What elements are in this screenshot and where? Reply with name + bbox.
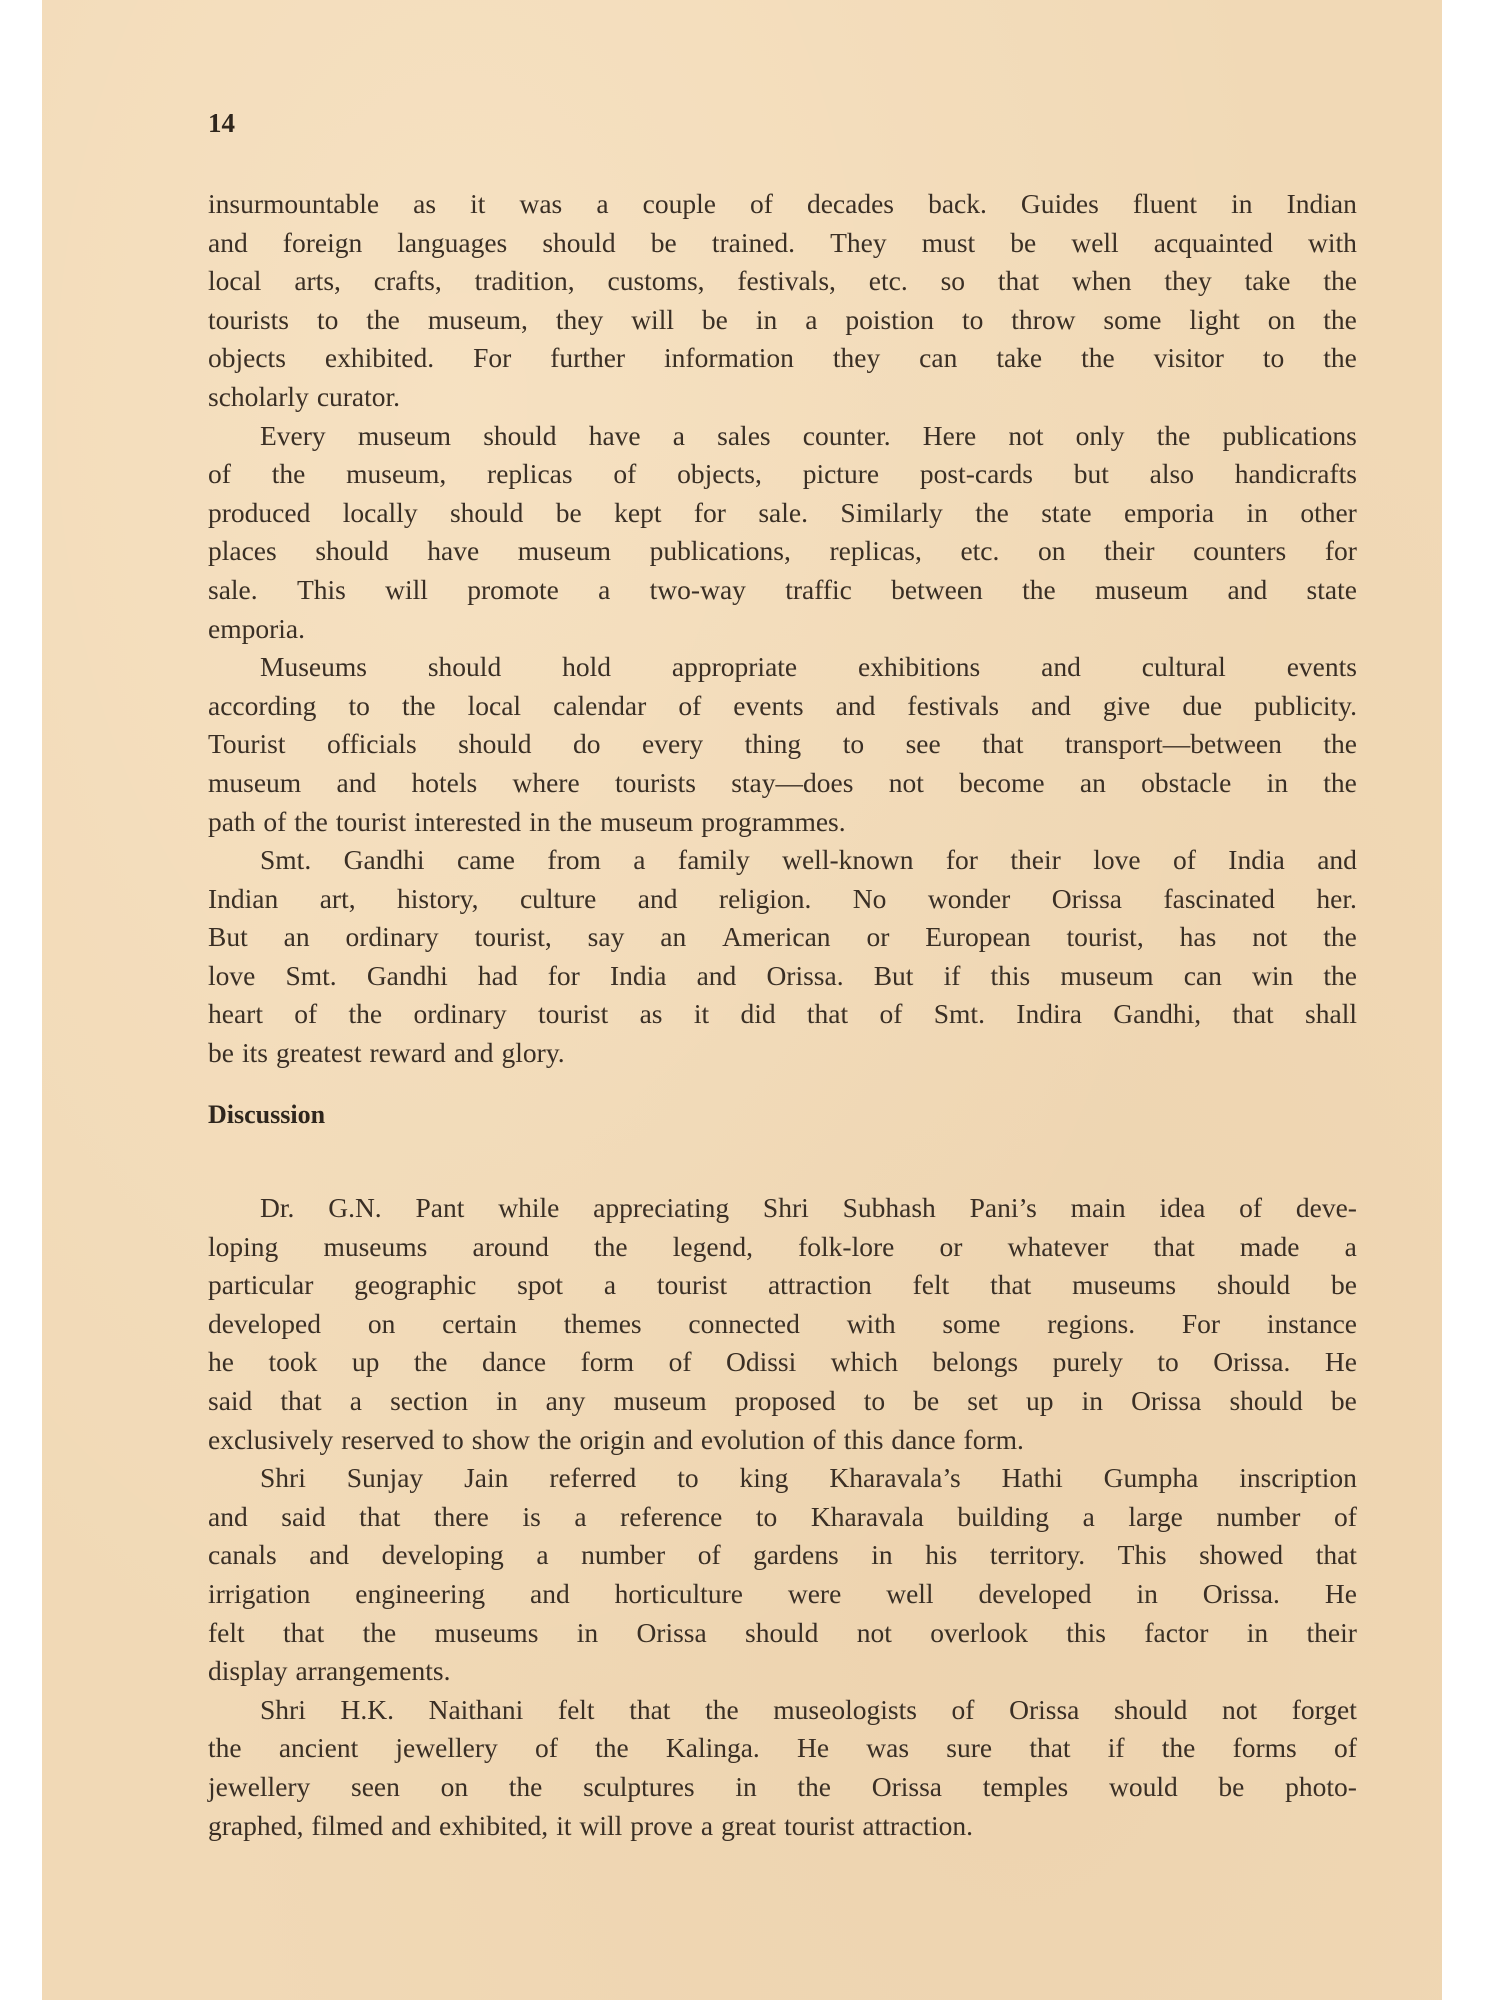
text-line: lopingmuseumsaroundthelegend,folk-loreor… xyxy=(208,1228,1357,1267)
text-line: feltthatthemuseumsinOrissashouldnotoverl… xyxy=(208,1614,1357,1653)
paragraph: Smt.Gandhicamefromafamilywell-knownforth… xyxy=(208,841,1357,1073)
paragraph: insurmountableasitwasacoupleofdecadesbac… xyxy=(208,185,1357,417)
text-line: insurmountableasitwasacoupleofdecadesbac… xyxy=(208,185,1357,224)
text-line: Museumsshouldholdappropriateexhibitionsa… xyxy=(208,648,1357,687)
text-line: displayarrangements. xyxy=(208,1652,1357,1691)
text-line: exclusivelyreservedtoshowtheoriginandevo… xyxy=(208,1421,1357,1460)
text-line: theancientjewelleryoftheKalinga.Hewassur… xyxy=(208,1729,1357,1768)
text-line: scholarlycurator. xyxy=(208,378,1357,417)
text-line: Everymuseumshouldhaveasalescounter.Heren… xyxy=(208,417,1357,456)
text-line: Butanordinarytourist,sayanAmericanorEuro… xyxy=(208,918,1357,957)
paragraph: Museumsshouldholdappropriateexhibitionsa… xyxy=(208,648,1357,841)
text-line: Touristofficialsshoulddoeverythingtoseet… xyxy=(208,725,1357,764)
text-line: pathofthetouristinterestedinthemuseumpro… xyxy=(208,803,1357,842)
paragraph: Dr.G.N.PantwhileappreciatingShriSubhashP… xyxy=(208,1189,1357,1459)
text-line: loveSmt.GandhihadforIndiaandOrissa.Butif… xyxy=(208,957,1357,996)
paragraph: ShriSunjayJainreferredtokingKharavala’sH… xyxy=(208,1459,1357,1691)
paragraph: Everymuseumshouldhaveasalescounter.Heren… xyxy=(208,417,1357,649)
text-line: andforeignlanguagesshouldbetrained.Theym… xyxy=(208,224,1357,263)
text-line: accordingtothelocalcalendarofeventsandfe… xyxy=(208,687,1357,726)
text-line: Dr.G.N.PantwhileappreciatingShriSubhashP… xyxy=(208,1189,1357,1228)
text-line: Smt.Gandhicamefromafamilywell-knownforth… xyxy=(208,841,1357,880)
text-line: Indianart,history,cultureandreligion.Now… xyxy=(208,880,1357,919)
text-line: localarts,crafts,tradition,customs,festi… xyxy=(208,262,1357,301)
text-line: touriststothemuseum,theywillbeinapoistio… xyxy=(208,301,1357,340)
text-line: museumandhotelswheretouristsstay—doesnot… xyxy=(208,764,1357,803)
text-line: ShriH.K.Naithanifeltthatthemuseologistso… xyxy=(208,1691,1357,1730)
text-line: emporia. xyxy=(208,610,1357,649)
text-line: ShriSunjayJainreferredtokingKharavala’sH… xyxy=(208,1459,1357,1498)
text-line: heartoftheordinarytouristasitdidthatofSm… xyxy=(208,995,1357,1034)
text-line: graphed,filmedandexhibited,itwillproveag… xyxy=(208,1807,1357,1846)
text-line: ofthemuseum,replicasofobjects,picturepos… xyxy=(208,455,1357,494)
text-line: particulargeographicspotatouristattracti… xyxy=(208,1266,1357,1305)
text-line: sale.Thiswillpromoteatwo-waytrafficbetwe… xyxy=(208,571,1357,610)
text-line: placesshouldhavemuseumpublications,repli… xyxy=(208,532,1357,571)
text-line: canalsanddevelopinganumberofgardensinhis… xyxy=(208,1536,1357,1575)
body-text-discussion: Dr.G.N.PantwhileappreciatingShriSubhashP… xyxy=(208,1189,1357,1845)
text-line: hetookupthedanceformofOdissiwhichbelongs… xyxy=(208,1343,1357,1382)
text-line: saidthatasectioninanymuseumproposedtobes… xyxy=(208,1382,1357,1421)
section-heading-discussion: Discussion xyxy=(208,1100,325,1130)
paragraph: ShriH.K.Naithanifeltthatthemuseologistso… xyxy=(208,1691,1357,1845)
text-line: irrigationengineeringandhorticulturewere… xyxy=(208,1575,1357,1614)
text-line: beitsgreatestrewardandglory. xyxy=(208,1034,1357,1073)
text-line: objectsexhibited.Forfurtherinformationth… xyxy=(208,339,1357,378)
text-line: jewelleryseenonthesculpturesintheOrissat… xyxy=(208,1768,1357,1807)
text-line: developedoncertainthemesconnectedwithsom… xyxy=(208,1305,1357,1344)
body-text-before-discussion: insurmountableasitwasacoupleofdecadesbac… xyxy=(208,185,1357,1073)
text-line: producedlocallyshouldbekeptforsale.Simil… xyxy=(208,494,1357,533)
page-number: 14 xyxy=(208,108,235,139)
book-page: 14 insurmountableasitwasacoupleofdecades… xyxy=(42,0,1442,2000)
text-line: andsaidthatthereisareferencetoKharavalab… xyxy=(208,1498,1357,1537)
